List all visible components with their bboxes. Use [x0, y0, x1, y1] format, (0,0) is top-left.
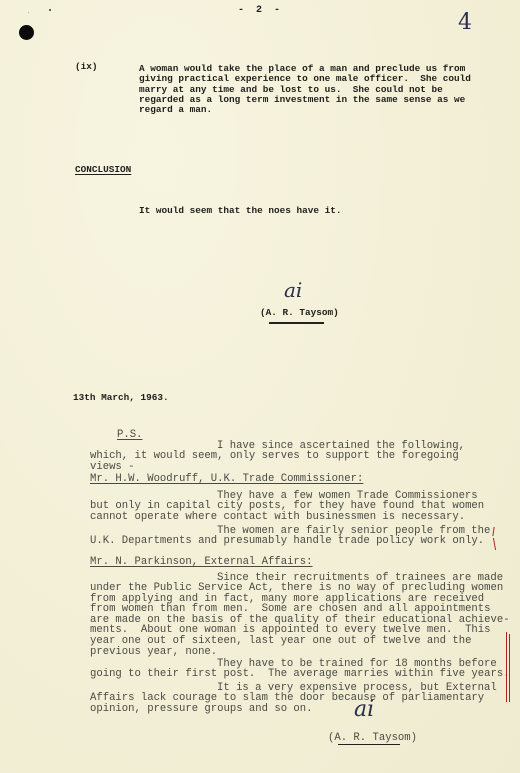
item-ix-text: A woman would take the place of a man an… — [139, 64, 471, 115]
paper-speck — [49, 9, 51, 11]
signature-initials: ai — [284, 278, 302, 302]
margin-mark — [506, 632, 507, 702]
signature-initials: ai — [354, 697, 374, 722]
ps-intro-rest: which, it would seem, only serves to sup… — [90, 451, 459, 472]
conclusion-text: It would seem that the noes have it. — [139, 206, 342, 216]
item-label: (ix) — [75, 62, 98, 72]
margin-mark — [493, 538, 496, 550]
woodruff-para-1-rest: but only in capital city posts, for they… — [90, 501, 484, 522]
ps-heading: P.S. — [117, 430, 142, 441]
conclusion-heading: CONCLUSION — [75, 165, 131, 175]
signatory-name: (A. R. Taysom) — [328, 733, 417, 744]
punch-hole — [19, 25, 34, 40]
parkinson-para-1-rest: under the Public Service Act, there is n… — [90, 583, 510, 657]
parkinson-para-2-rest: going to their first post. The average m… — [90, 669, 510, 680]
woodruff-para-2-rest: U.K. Departments and presumably handle t… — [90, 536, 484, 547]
page-number: - 2 - — [238, 5, 280, 16]
margin-mark — [509, 634, 510, 702]
document-date: 13th March, 1963. — [73, 393, 169, 403]
paper-speck — [28, 12, 29, 13]
signature-underline — [338, 744, 400, 745]
signature-underline — [269, 322, 324, 324]
folio-number: 4 — [458, 10, 472, 35]
parkinson-para-3-rest: Affairs lack courage to slam the door be… — [90, 693, 484, 714]
section-heading-woodruff: Mr. H.W. Woodruff, U.K. Trade Commission… — [90, 474, 363, 485]
document-page: - 2 - 4 (ix) A woman would take the plac… — [0, 0, 520, 773]
margin-mark — [492, 527, 494, 536]
signatory-name: (A. R. Taysom) — [260, 308, 339, 318]
section-heading-parkinson: Mr. N. Parkinson, External Affairs: — [90, 557, 313, 568]
